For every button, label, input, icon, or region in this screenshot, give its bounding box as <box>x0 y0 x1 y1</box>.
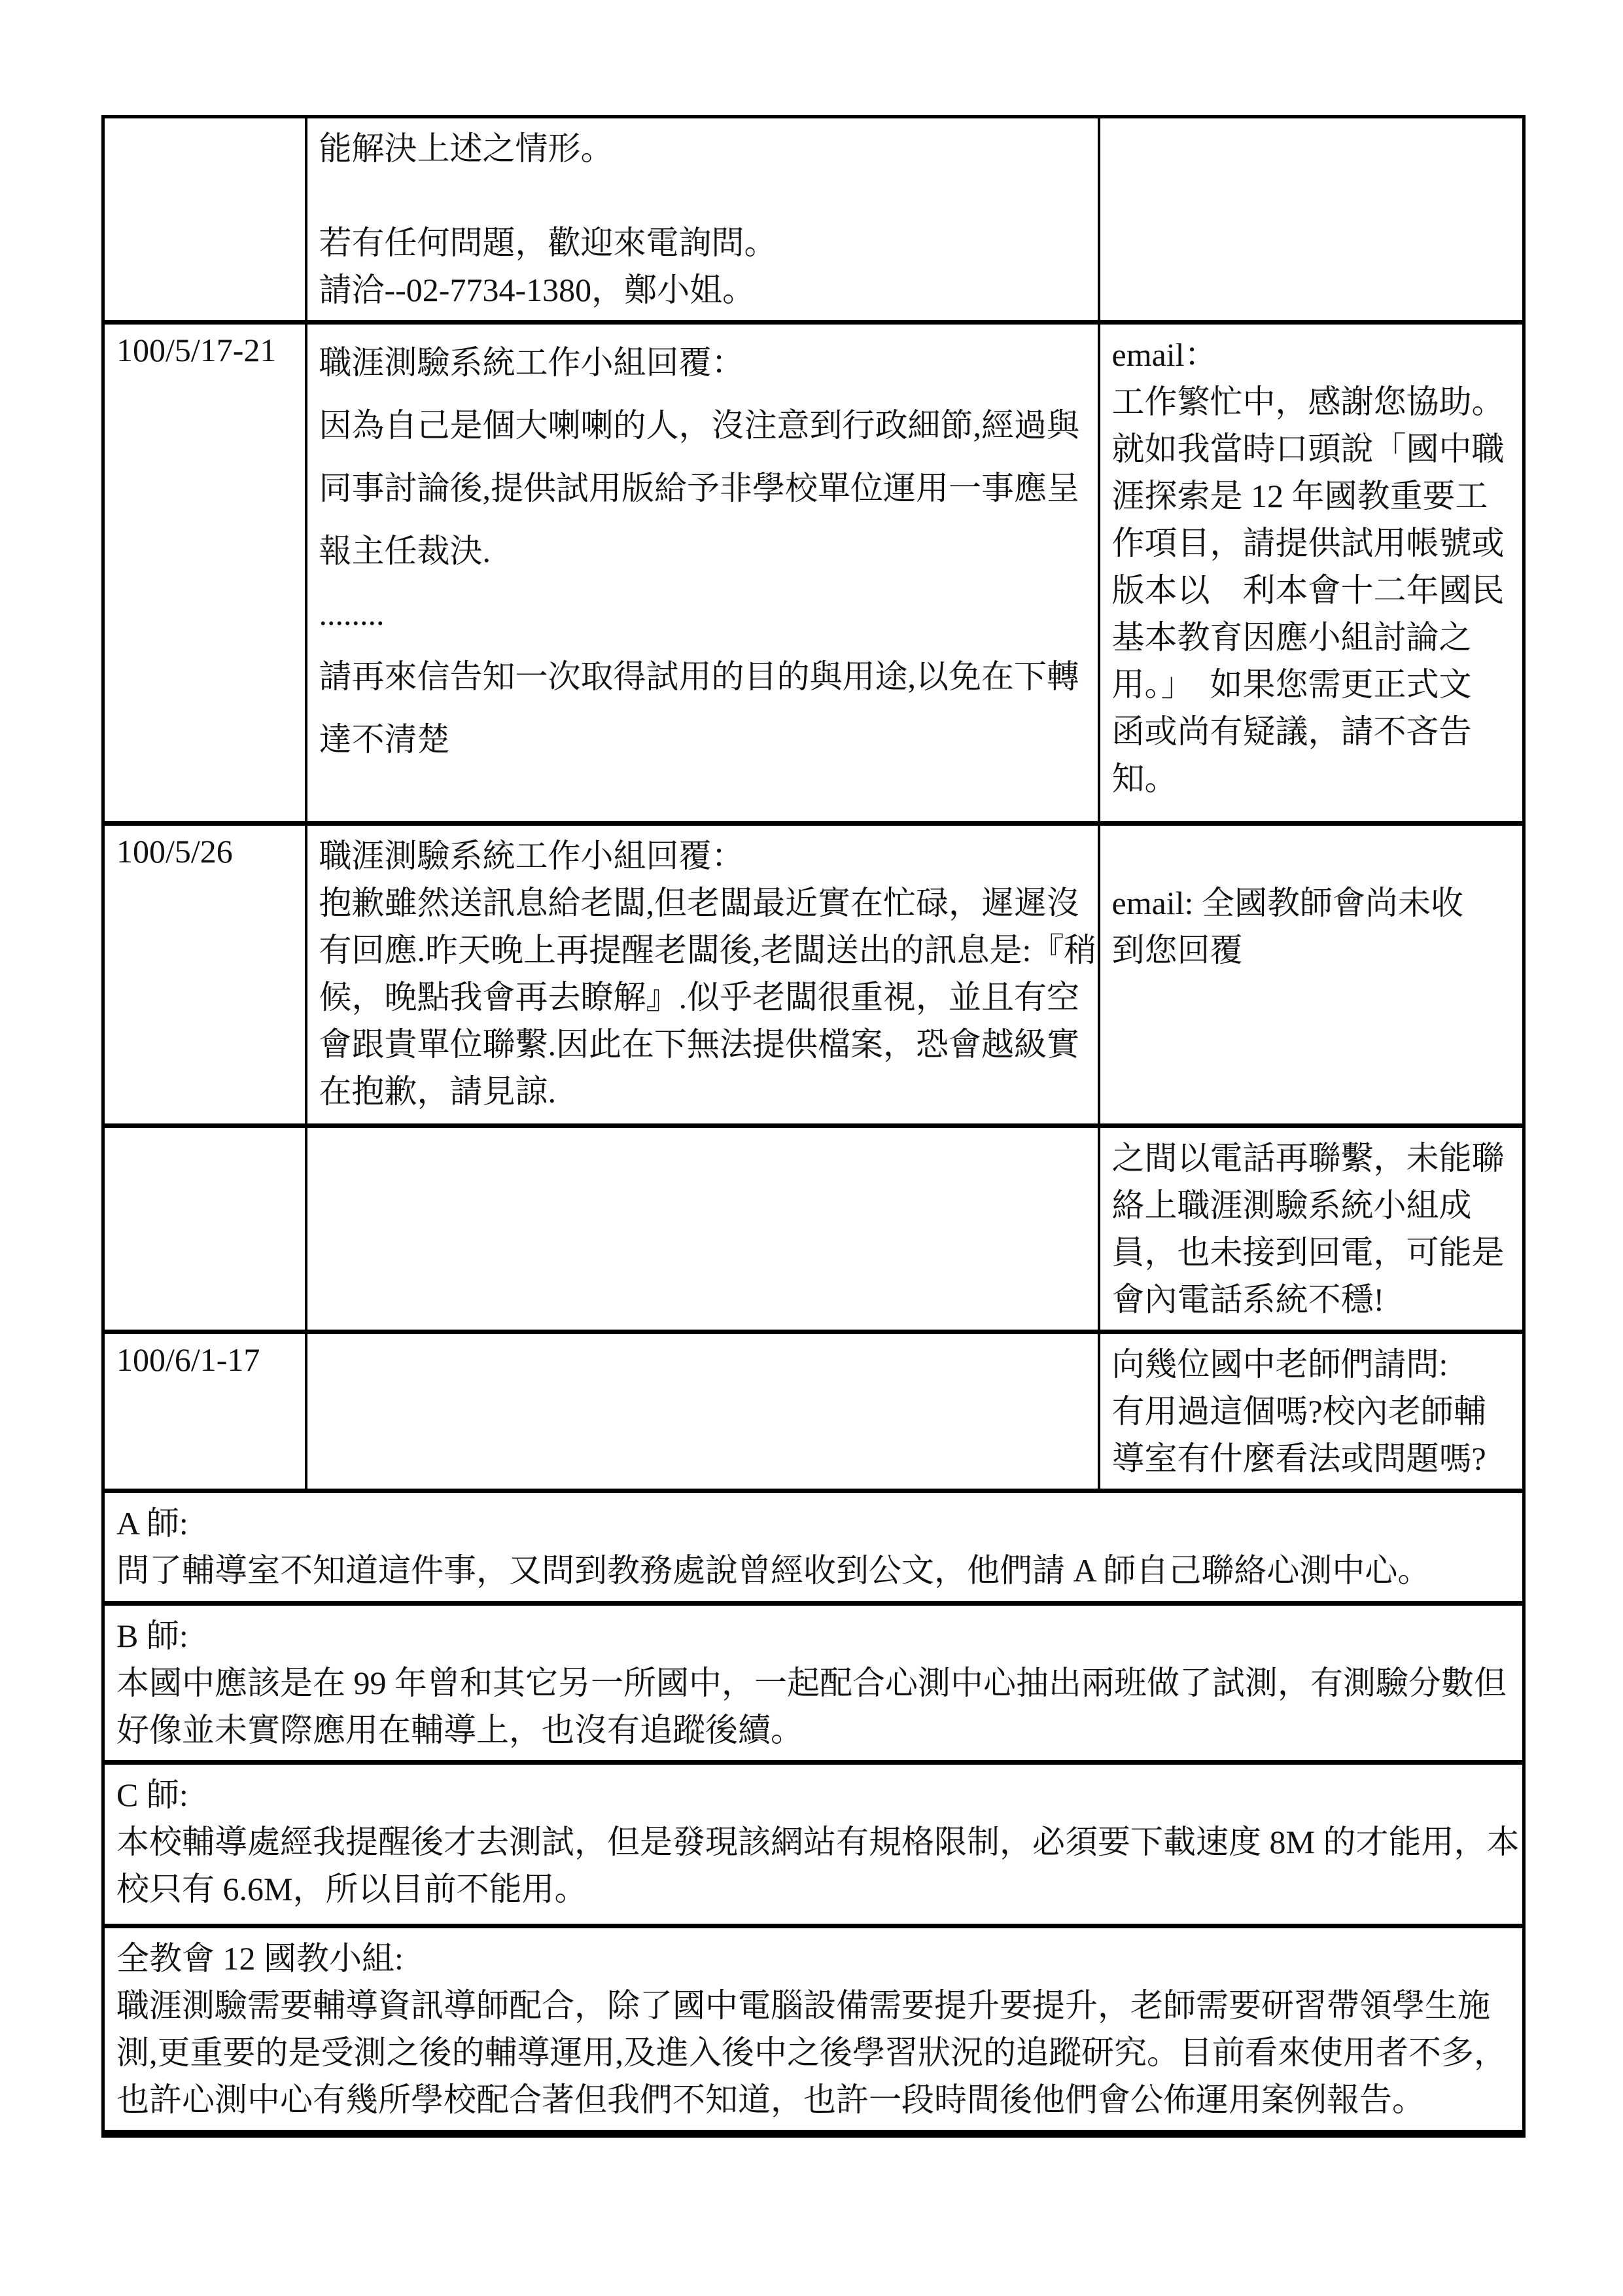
text-line: 若有任何問題，歡迎來電詢問。 <box>319 219 1086 266</box>
summary-cell: A 師:問了輔導室不知道這件事，又問到教務處說曾經收到公文，他們請 A 師自己聯… <box>103 1491 1524 1604</box>
text-line: 也許心測中心有幾所學校配合著但我們不知道，也許一段時間後他們會公佈運用案例報告。 <box>116 2076 1510 2123</box>
text-line: 涯探索是 12 年國教重要工 <box>1112 472 1511 520</box>
notes-cell <box>1099 117 1524 323</box>
text-line: 會內電話系統不穩! <box>1112 1276 1511 1323</box>
table-row: 100/6/1-17 向幾位國中老師們請問:有用過這個嗎?校內老師輔導室有什麼看… <box>103 1332 1524 1491</box>
text-line: 函或尚有疑議，請不吝告 <box>1112 708 1511 755</box>
text-line: 本校輔導處經我提醒後才去測試，但是發現該網站有規格限制，必須要下載速度 8M 的… <box>116 1818 1510 1865</box>
text-line: 就如我當時口頭說「國中職 <box>1112 425 1511 472</box>
notes-cell: 向幾位國中老師們請問:有用過這個嗎?校內老師輔導室有什麼看法或問題嗎? <box>1099 1332 1524 1491</box>
summary-cell: C 師:本校輔導處經我提醒後才去測試，但是發現該網站有規格限制，必須要下載速度 … <box>103 1763 1524 1926</box>
text-line: 本國中應該是在 99 年曾和其它另一所國中，一起配合心測中心抽出兩班做了試測，有… <box>116 1659 1510 1706</box>
text-line: C 師: <box>116 1771 1510 1818</box>
text-line: 員，也未接到回電，可能是 <box>1112 1229 1511 1276</box>
text-line: 校只有 6.6M，所以目前不能用。 <box>116 1865 1510 1913</box>
date-cell: 100/5/26 <box>103 824 306 1126</box>
text-line: 作項目，請提供試用帳號或 <box>1112 520 1511 567</box>
log-cell <box>306 1126 1099 1332</box>
text-line: 同事討論後,提供試用版給予非學校單位運用一事應呈 <box>319 457 1086 520</box>
text-line: 請洽--02-7734-1380，鄭小姐。 <box>319 266 1086 313</box>
text-line: 測,更重要的是受測之後的輔導運用,及進入後中之後學習狀況的追蹤研究。目前看來使用… <box>116 2029 1510 2076</box>
text-line: 基本教育因應小組討論之 <box>1112 614 1511 661</box>
text-line: 職涯測驗系統工作小組回覆： <box>319 331 1086 394</box>
scanned-document-page: 能解決上述之情形。 若有任何問題，歡迎來電詢問。請洽--02-7734-1380… <box>0 0 1623 2296</box>
text-line: 工作繁忙中，感謝您協助。 <box>1112 378 1511 425</box>
text-line: 請再來信告知一次取得試用的目的與用途,以免在下轉 <box>319 645 1086 708</box>
summary-cell: B 師:本國中應該是在 99 年曾和其它另一所國中，一起配合心測中心抽出兩班做了… <box>103 1604 1524 1763</box>
text-line: email： <box>1112 331 1511 378</box>
notes-cell: 之間以電話再聯繫，未能聯絡上職涯測驗系統小組成員，也未接到回電，可能是會內電話系… <box>1099 1126 1524 1332</box>
text-line: 導室有什麼看法或問題嗎? <box>1112 1435 1511 1482</box>
text-line: 問了輔導室不知道這件事，又問到教務處說曾經收到公文，他們請 A 師自己聯絡心測中… <box>116 1547 1510 1594</box>
text-line: 候，晚點我會再去瞭解』.似乎老闆很重視，並且有空 <box>319 974 1086 1021</box>
table-row: 100/5/17-21 職涯測驗系統工作小組回覆：因為自己是個大喇喇的人，沒注意… <box>103 323 1524 824</box>
log-cell: 能解決上述之情形。 若有任何問題，歡迎來電詢問。請洽--02-7734-1380… <box>306 117 1099 323</box>
text-line: A 師: <box>116 1500 1510 1547</box>
log-cell: 職涯測驗系統工作小組回覆：抱歉雖然送訊息給老闆,但老闆最近實在忙碌，遲遲沒有回應… <box>306 824 1099 1126</box>
notes-cell: email：工作繁忙中，感謝您協助。就如我當時口頭說「國中職涯探索是 12 年國… <box>1099 323 1524 824</box>
text-line: 在抱歉，請見諒. <box>319 1068 1086 1115</box>
text-line: 全教會 12 國教小組: <box>116 1935 1510 1982</box>
date-cell <box>103 1126 306 1332</box>
text-line: 抱歉雖然送訊息給老闆,但老闆最近實在忙碌，遲遲沒 <box>319 879 1086 927</box>
text-line: 因為自己是個大喇喇的人，沒注意到行政細節,經過與 <box>319 394 1086 457</box>
date-cell <box>103 117 306 323</box>
text-line: email: 全國教師會尚未收 <box>1112 879 1511 927</box>
date-cell: 100/6/1-17 <box>103 1332 306 1491</box>
log-cell <box>306 1332 1099 1491</box>
text-line: 報主任裁決. <box>319 520 1086 582</box>
table-row: 100/5/26 職涯測驗系統工作小組回覆：抱歉雖然送訊息給老闆,但老闆最近實在… <box>103 824 1524 1126</box>
date-cell: 100/5/17-21 <box>103 323 306 824</box>
text-line: 用。」 如果您需更正式文 <box>1112 661 1511 708</box>
text-line: 好像並未實際應用在輔導上，也沒有追蹤後續。 <box>116 1706 1510 1754</box>
text-line: 之間以電話再聯繫，未能聯 <box>1112 1135 1511 1182</box>
table-row: 之間以電話再聯繫，未能聯絡上職涯測驗系統小組成員，也未接到回電，可能是會內電話系… <box>103 1126 1524 1332</box>
text-line: B 師: <box>116 1612 1510 1659</box>
table-row-union-group: 全教會 12 國教小組:職涯測驗需要輔導資訊導師配合，除了國中電腦設備需要提升要… <box>103 1926 1524 2134</box>
text-line <box>1112 832 1511 879</box>
notes-cell: email: 全國教師會尚未收到您回覆 <box>1099 824 1524 1126</box>
table-row-teacher-b: B 師:本國中應該是在 99 年曾和其它另一所國中，一起配合心測中心抽出兩班做了… <box>103 1604 1524 1763</box>
communication-log-table: 能解決上述之情形。 若有任何問題，歡迎來電詢問。請洽--02-7734-1380… <box>101 115 1526 2138</box>
text-line: 職涯測驗需要輔導資訊導師配合，除了國中電腦設備需要提升要提升，老師需要研習帶領學… <box>116 1982 1510 2029</box>
summary-cell: 全教會 12 國教小組:職涯測驗需要輔導資訊導師配合，除了國中電腦設備需要提升要… <box>103 1926 1524 2134</box>
text-line: 職涯測驗系統工作小組回覆： <box>319 832 1086 879</box>
log-cell: 職涯測驗系統工作小組回覆：因為自己是個大喇喇的人，沒注意到行政細節,經過與同事討… <box>306 323 1099 824</box>
text-line: 能解決上述之情形。 <box>319 125 1086 172</box>
text-line: 有用過這個嗎?校內老師輔 <box>1112 1388 1511 1435</box>
text-line: 會跟貴單位聯繫.因此在下無法提供檔案，恐會越級實 <box>319 1021 1086 1068</box>
table-row: 能解決上述之情形。 若有任何問題，歡迎來電詢問。請洽--02-7734-1380… <box>103 117 1524 323</box>
text-line: 達不清楚 <box>319 708 1086 771</box>
text-line: 向幾位國中老師們請問: <box>1112 1341 1511 1388</box>
text-line: ........ <box>319 582 1086 645</box>
text-line: 有回應.昨天晚上再提醒老闆後,老闆送出的訊息是:『稍 <box>319 927 1086 974</box>
text-line: 知。 <box>1112 755 1511 802</box>
text-line: 絡上職涯測驗系統小組成 <box>1112 1182 1511 1229</box>
text-line: 版本以 利本會十二年國民 <box>1112 567 1511 614</box>
table-row-teacher-c: C 師:本校輔導處經我提醒後才去測試，但是發現該網站有規格限制，必須要下載速度 … <box>103 1763 1524 1926</box>
table-row-teacher-a: A 師:問了輔導室不知道這件事，又問到教務處說曾經收到公文，他們請 A 師自己聯… <box>103 1491 1524 1604</box>
text-line <box>319 172 1086 219</box>
text-line: 到您回覆 <box>1112 927 1511 974</box>
